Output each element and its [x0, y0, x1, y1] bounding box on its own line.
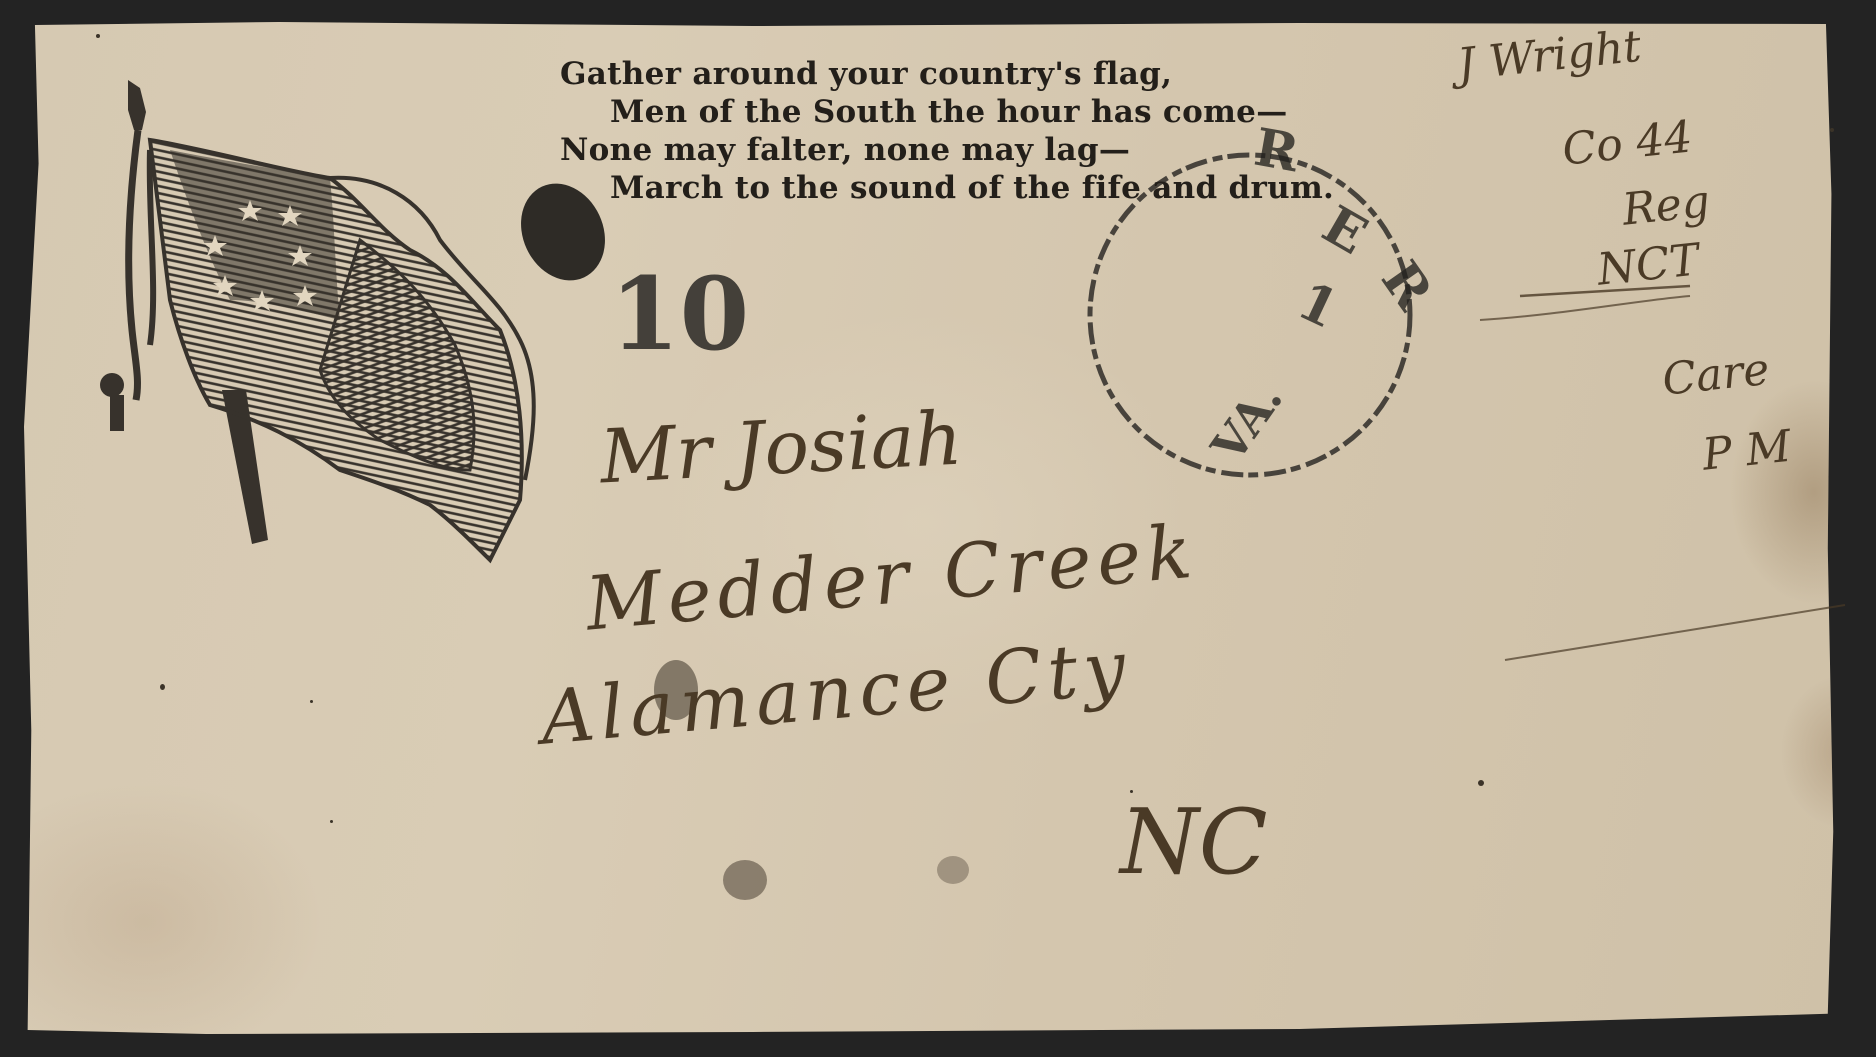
docket-line-6: P M [1700, 421, 1794, 481]
printed-verse: Gather around your country's flag, Men o… [560, 55, 1334, 207]
verse-line-3: None may falter, none may lag— [560, 131, 1334, 169]
ink-stain [937, 856, 969, 884]
verse-line-1: Gather around your country's flag, [560, 55, 1334, 93]
rate-handstamp: 10 [610, 255, 749, 373]
verse-line-4: March to the sound of the fife and drum. [560, 169, 1334, 207]
ink-stain [723, 860, 767, 900]
docket-line-3: Reg [1620, 176, 1712, 236]
flag-vignette [100, 80, 534, 560]
verse-line-2: Men of the South the hour has come— [560, 93, 1334, 131]
docket-line-4: NCT [1595, 234, 1701, 295]
address-line-4: NC [1120, 790, 1268, 895]
